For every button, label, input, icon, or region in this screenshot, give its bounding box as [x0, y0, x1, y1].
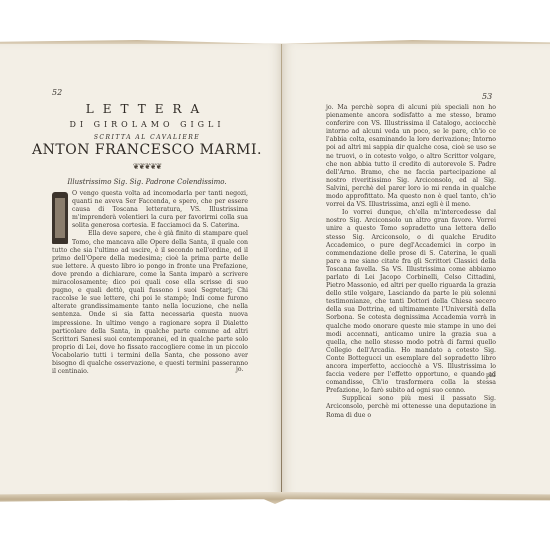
paragraph: Io vorrei dunque, ch'ella m'intercedesse… — [326, 209, 496, 395]
decorated-initial-icon — [52, 192, 68, 244]
heading-lettera: LETTERA — [6, 102, 288, 116]
open-book: 52 LETTERA DI GIROLAMO GIGLI SCRITTA AL … — [0, 0, 550, 550]
heading-recipient: ANTON FRANCESCO MARMI. — [6, 142, 288, 158]
paragraph: Supplicai sono più mesi il passato Sig. … — [326, 395, 496, 419]
salutation: Illustrissimo Sig. Sig. Padrone Colendis… — [6, 178, 288, 186]
paragraph: O vengo questa volta ad incomodarla per … — [52, 190, 248, 230]
page-number-right: 53 — [482, 92, 492, 101]
catchword-left: jo. — [236, 366, 243, 373]
ornament-divider: ❦❦❦❦❦ — [6, 162, 288, 171]
bottom-page-edges — [0, 492, 550, 504]
page-number-left: 52 — [52, 88, 62, 97]
heading-author: DI GIROLAMO GIGLI — [6, 120, 288, 129]
left-page: 52 LETTERA DI GIROLAMO GIGLI SCRITTA AL … — [0, 44, 282, 496]
paragraph: jo. Ma perchè sopra di alcuni più specia… — [326, 104, 496, 209]
catchword-right: più — [486, 372, 496, 379]
paragraph: Ella deve sapere, che è già finito di st… — [52, 230, 248, 376]
right-page-body: jo. Ma perchè sopra di alcuni più specia… — [326, 104, 496, 420]
left-page-body: O vengo questa volta ad incomodarla per … — [52, 190, 248, 376]
right-page: 53 jo. Ma perchè sopra di alcuni più spe… — [282, 44, 550, 496]
heading-addressed: SCRITTA AL CAVALIERE — [6, 134, 288, 141]
